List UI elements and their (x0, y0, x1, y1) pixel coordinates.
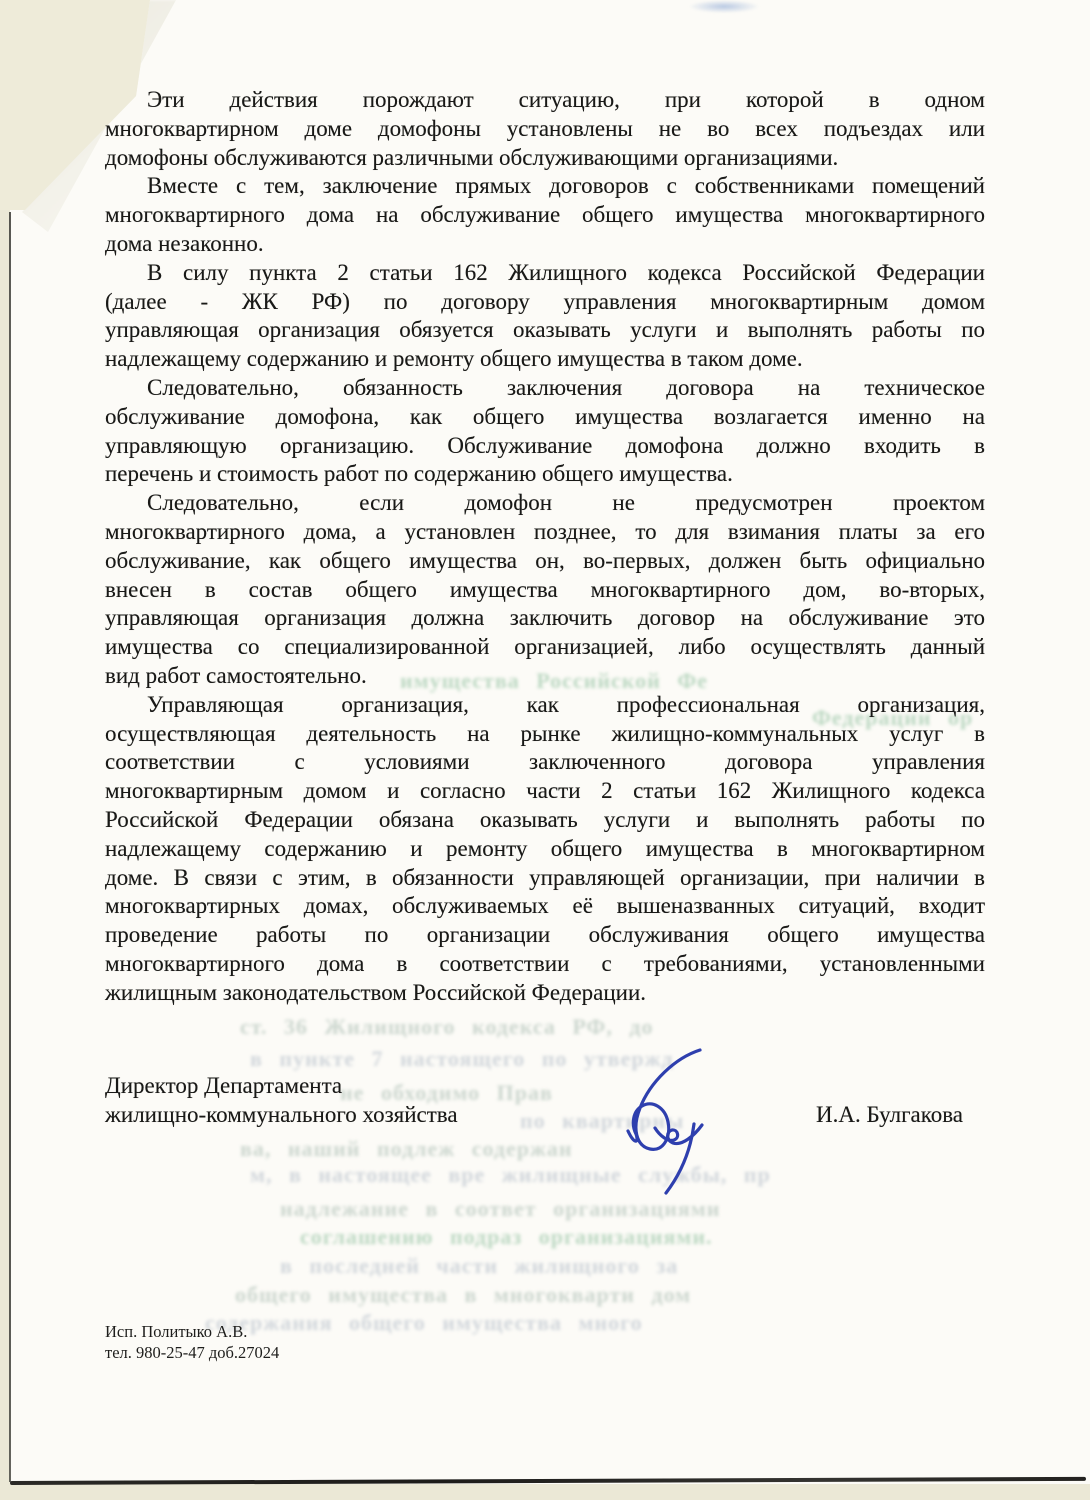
paragraph-line: многоквартирном доме домофоны установлен… (105, 115, 985, 144)
paragraph-line: многоквартирного дома в соответствии с т… (105, 950, 985, 979)
ink-smudge (688, 0, 760, 13)
bleedthrough-line: содержания общего имущества много (205, 1310, 965, 1336)
paragraph-line: домофоны обслуживаются различными обслуж… (105, 144, 985, 173)
paragraph-line: перечень и стоимость работ по содержанию… (105, 460, 985, 489)
underlined-paragraph-line: многоквартирного дома на обслуживание об… (105, 201, 985, 230)
paragraph-line: В силу пункта 2 статьи 162 Жилищного код… (105, 259, 985, 288)
executor-phone: тел. 980-25-47 доб.27024 (105, 1343, 279, 1364)
paragraph-line: управляющую организацию. Обслуживание до… (105, 432, 985, 461)
paragraph-line: Следовательно, обязанность заключения до… (105, 374, 985, 403)
paragraph-line: соответствии с условиями заключенного до… (105, 748, 985, 777)
underlined-paragraph-line: дома незаконно. (105, 230, 985, 259)
scanned-letter-page: { "page": { "colors": { "paper": "#fcfbf… (0, 0, 1090, 1500)
paragraph-line: Следовательно, если домофон не предусмот… (105, 489, 985, 518)
executor-name: Исп. Политыко А.В. (105, 1322, 279, 1343)
paragraph-line: осуществляющая деятельность на рынке жил… (105, 720, 985, 749)
paragraph-line: жилищным законодательством Российской Фе… (105, 979, 985, 1008)
paragraph-line: управляющая организация должна заключить… (105, 604, 985, 633)
paragraph-line: многоквартирным домом и согласно части 2… (105, 777, 985, 806)
page-left-edge-line (9, 212, 11, 1482)
underlined-paragraph-line: Вместе с тем, заключение прямых договоро… (105, 172, 985, 201)
signer-title: Директор Департамента жилищно-коммунальн… (105, 1072, 458, 1130)
paragraph-line: Управляющая организация, как профессиона… (105, 691, 985, 720)
bleedthrough-line: соглашению подраз организациями. (300, 1224, 860, 1250)
paragraph-line: Российской Федерации обязана оказывать у… (105, 806, 985, 835)
signer-title-line-2: жилищно-коммунального хозяйства (105, 1101, 458, 1130)
paragraph-line: вид работ самостоятельно. (105, 662, 985, 691)
paragraph-line: Эти действия порождают ситуацию, при кот… (105, 86, 985, 115)
paragraph-line: проведение работы по организации обслужи… (105, 921, 985, 950)
signer-name: И.А. Булгакова (816, 1101, 985, 1130)
paragraph-line: многоквартирных домах, обслуживаемых её … (105, 892, 985, 921)
paragraph-line: надлежащему содержанию и ремонту общего … (105, 835, 985, 864)
handwritten-signature (590, 1030, 790, 1215)
executor-block: Исп. Политыко А.В. тел. 980-25-47 доб.27… (105, 1322, 279, 1363)
paragraph-line: обслуживание домофона, как общего имущес… (105, 403, 985, 432)
paragraph-line: обслуживание, как общего имущества он, в… (105, 547, 985, 576)
paragraph-line: имущества со специализированной организа… (105, 633, 985, 662)
paragraph-line: доме. В связи с этим, в обязанности упра… (105, 864, 985, 893)
letter-body: Эти действия порождают ситуацию, при кот… (105, 86, 985, 1008)
bleedthrough-line: общего имущества в многокварти дом (235, 1282, 935, 1308)
signer-title-line-1: Директор Департамента (105, 1072, 458, 1101)
signature-block: Директор Департамента жилищно-коммунальн… (105, 1072, 985, 1130)
bleedthrough-line: в последней части жилищного за (280, 1253, 880, 1279)
paragraph-line: многоквартирного дома, а установлен позд… (105, 518, 985, 547)
paragraph-line: надлежащему содержанию и ремонту общего … (105, 345, 985, 374)
paragraph-line: (далее - ЖК РФ) по договору управления м… (105, 288, 985, 317)
paragraph-line: внесен в состав общего имущества многокв… (105, 576, 985, 605)
paragraph-line: управляющая организация обязуется оказыв… (105, 316, 985, 345)
